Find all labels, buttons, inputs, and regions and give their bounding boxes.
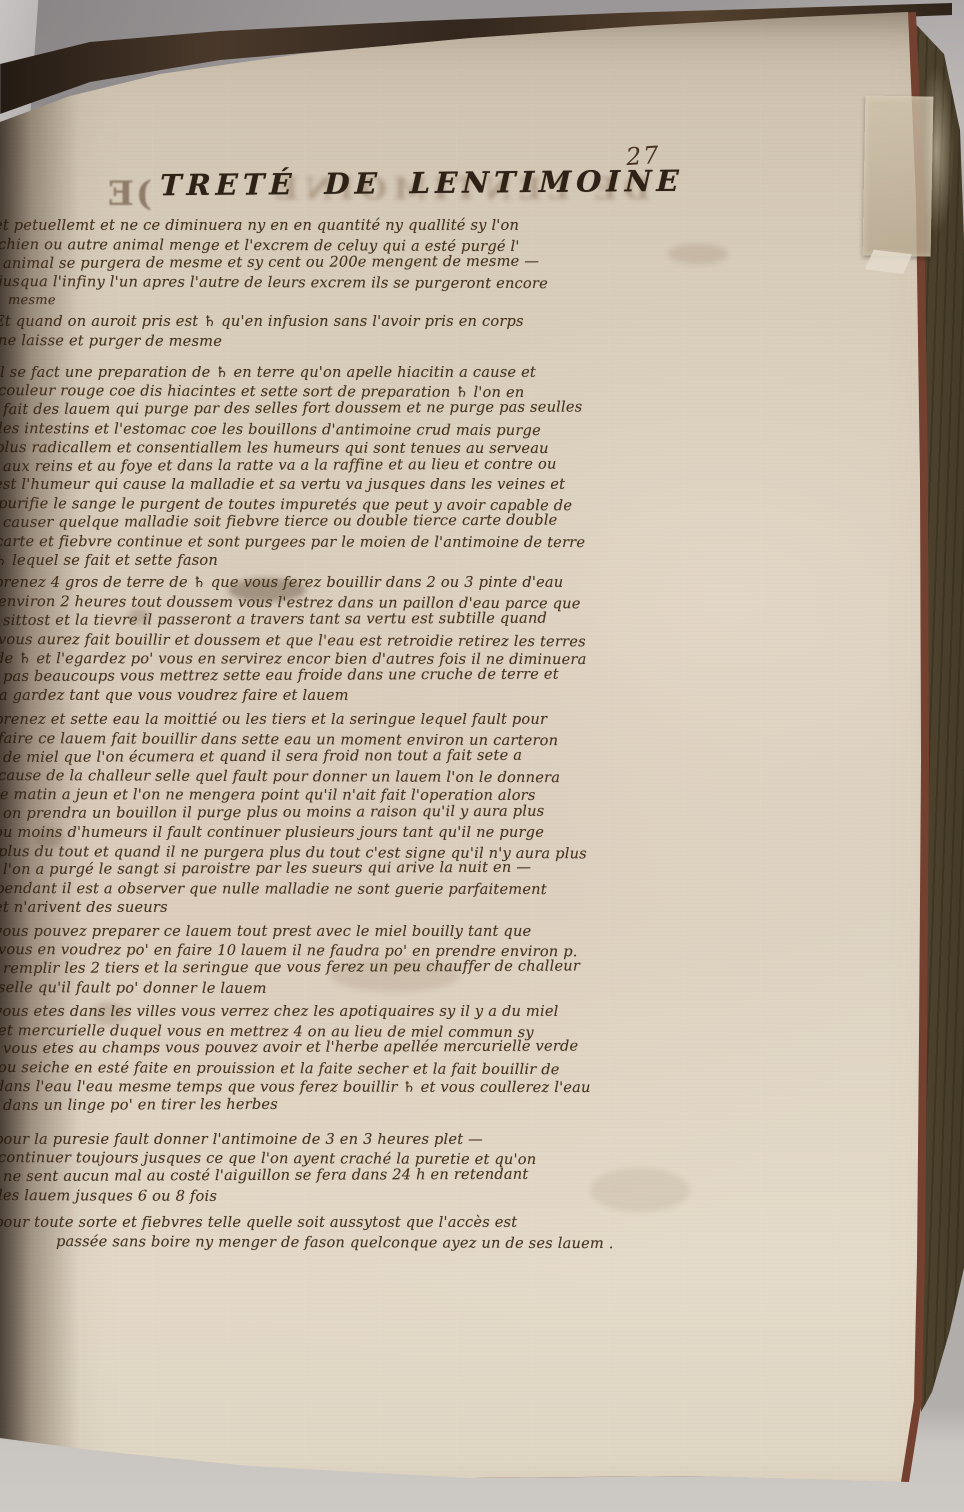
gutter-shadow <box>0 0 80 1512</box>
repair-tape <box>863 95 934 256</box>
manuscript-page: 27 DE LENTIMOINE Ǝ( TRETÉ DE LENTIMOINE … <box>0 0 964 1512</box>
manuscript-photo: 27 DE LENTIMOINE Ǝ( TRETÉ DE LENTIMOINE … <box>0 0 964 1512</box>
page-shading <box>0 0 964 1512</box>
